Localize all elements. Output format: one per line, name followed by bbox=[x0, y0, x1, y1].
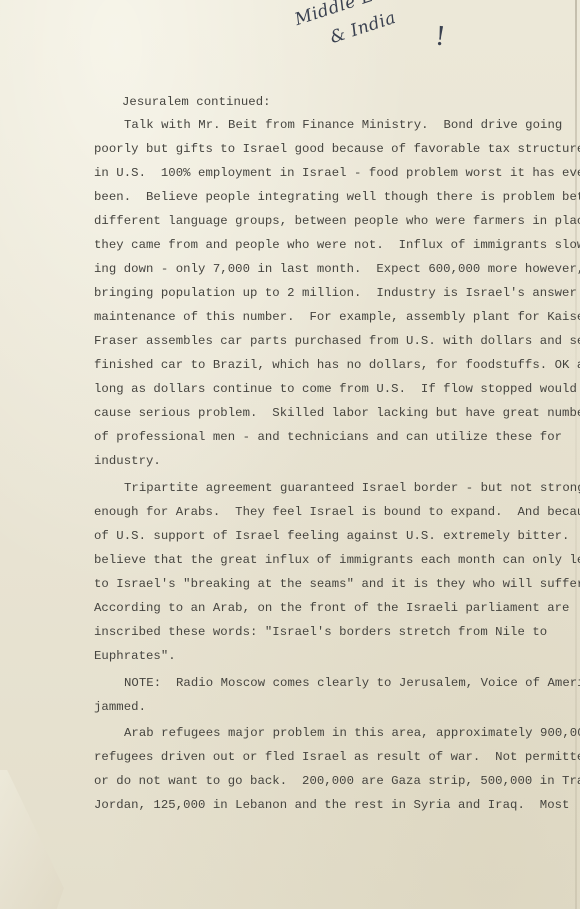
text-line: in U.S. 100% employment in Israel - food… bbox=[94, 165, 580, 181]
text-line: Euphrates". bbox=[94, 648, 176, 664]
text-line: they came from and people who were not. … bbox=[94, 237, 580, 253]
text-line: Fraser assembles car parts purchased fro… bbox=[94, 333, 580, 349]
text-line: inscribed these words: "Israel's borders… bbox=[94, 624, 547, 640]
text-line: been. Believe people integrating well th… bbox=[94, 189, 580, 205]
text-line: bringing population up to 2 million. Ind… bbox=[94, 285, 580, 301]
text-line: poorly but gifts to Israel good because … bbox=[94, 141, 580, 157]
text-line: Tripartite agreement guaranteed Israel b… bbox=[124, 480, 580, 496]
text-line: or do not want to go back. 200,000 are G… bbox=[94, 773, 580, 789]
text-line: to Israel's "breaking at the seams" and … bbox=[94, 576, 580, 592]
text-line: industry. bbox=[94, 453, 161, 469]
text-line: ing down - only 7,000 in last month. Exp… bbox=[94, 261, 580, 277]
handwritten-exclamation: ! bbox=[433, 22, 447, 53]
text-line: finished car to Brazil, which has no dol… bbox=[94, 357, 580, 373]
handwritten-annotation: Middle East & India bbox=[292, 0, 411, 58]
text-line: of U.S. support of Israel feeling agains… bbox=[94, 528, 580, 544]
text-line: According to an Arab, on the front of th… bbox=[94, 600, 569, 616]
text-line: NOTE: Radio Moscow comes clearly to Jeru… bbox=[124, 675, 580, 691]
text-line: Arab refugees major problem in this area… bbox=[124, 725, 580, 741]
text-line: believe that the great influx of immigra… bbox=[94, 552, 580, 568]
page-heading: Jesuralem continued: bbox=[122, 94, 271, 110]
text-line: long as dollars continue to come from U.… bbox=[94, 381, 577, 397]
folded-corner bbox=[0, 770, 71, 909]
document-page: Middle East & India ! Jesuralem continue… bbox=[0, 0, 580, 909]
text-line: of professional men - and technicians an… bbox=[94, 429, 562, 445]
text-line: Talk with Mr. Beit from Finance Ministry… bbox=[124, 117, 562, 133]
text-line: refugees driven out or fled Israel as re… bbox=[94, 749, 580, 765]
text-line: enough for Arabs. They feel Israel is bo… bbox=[94, 504, 580, 520]
text-line: different language groups, between peopl… bbox=[94, 213, 580, 229]
text-line: Jordan, 125,000 in Lebanon and the rest … bbox=[94, 797, 569, 813]
text-line: jammed. bbox=[94, 699, 146, 715]
text-line: cause serious problem. Skilled labor lac… bbox=[94, 405, 580, 421]
text-line: maintenance of this number. For example,… bbox=[94, 309, 580, 325]
